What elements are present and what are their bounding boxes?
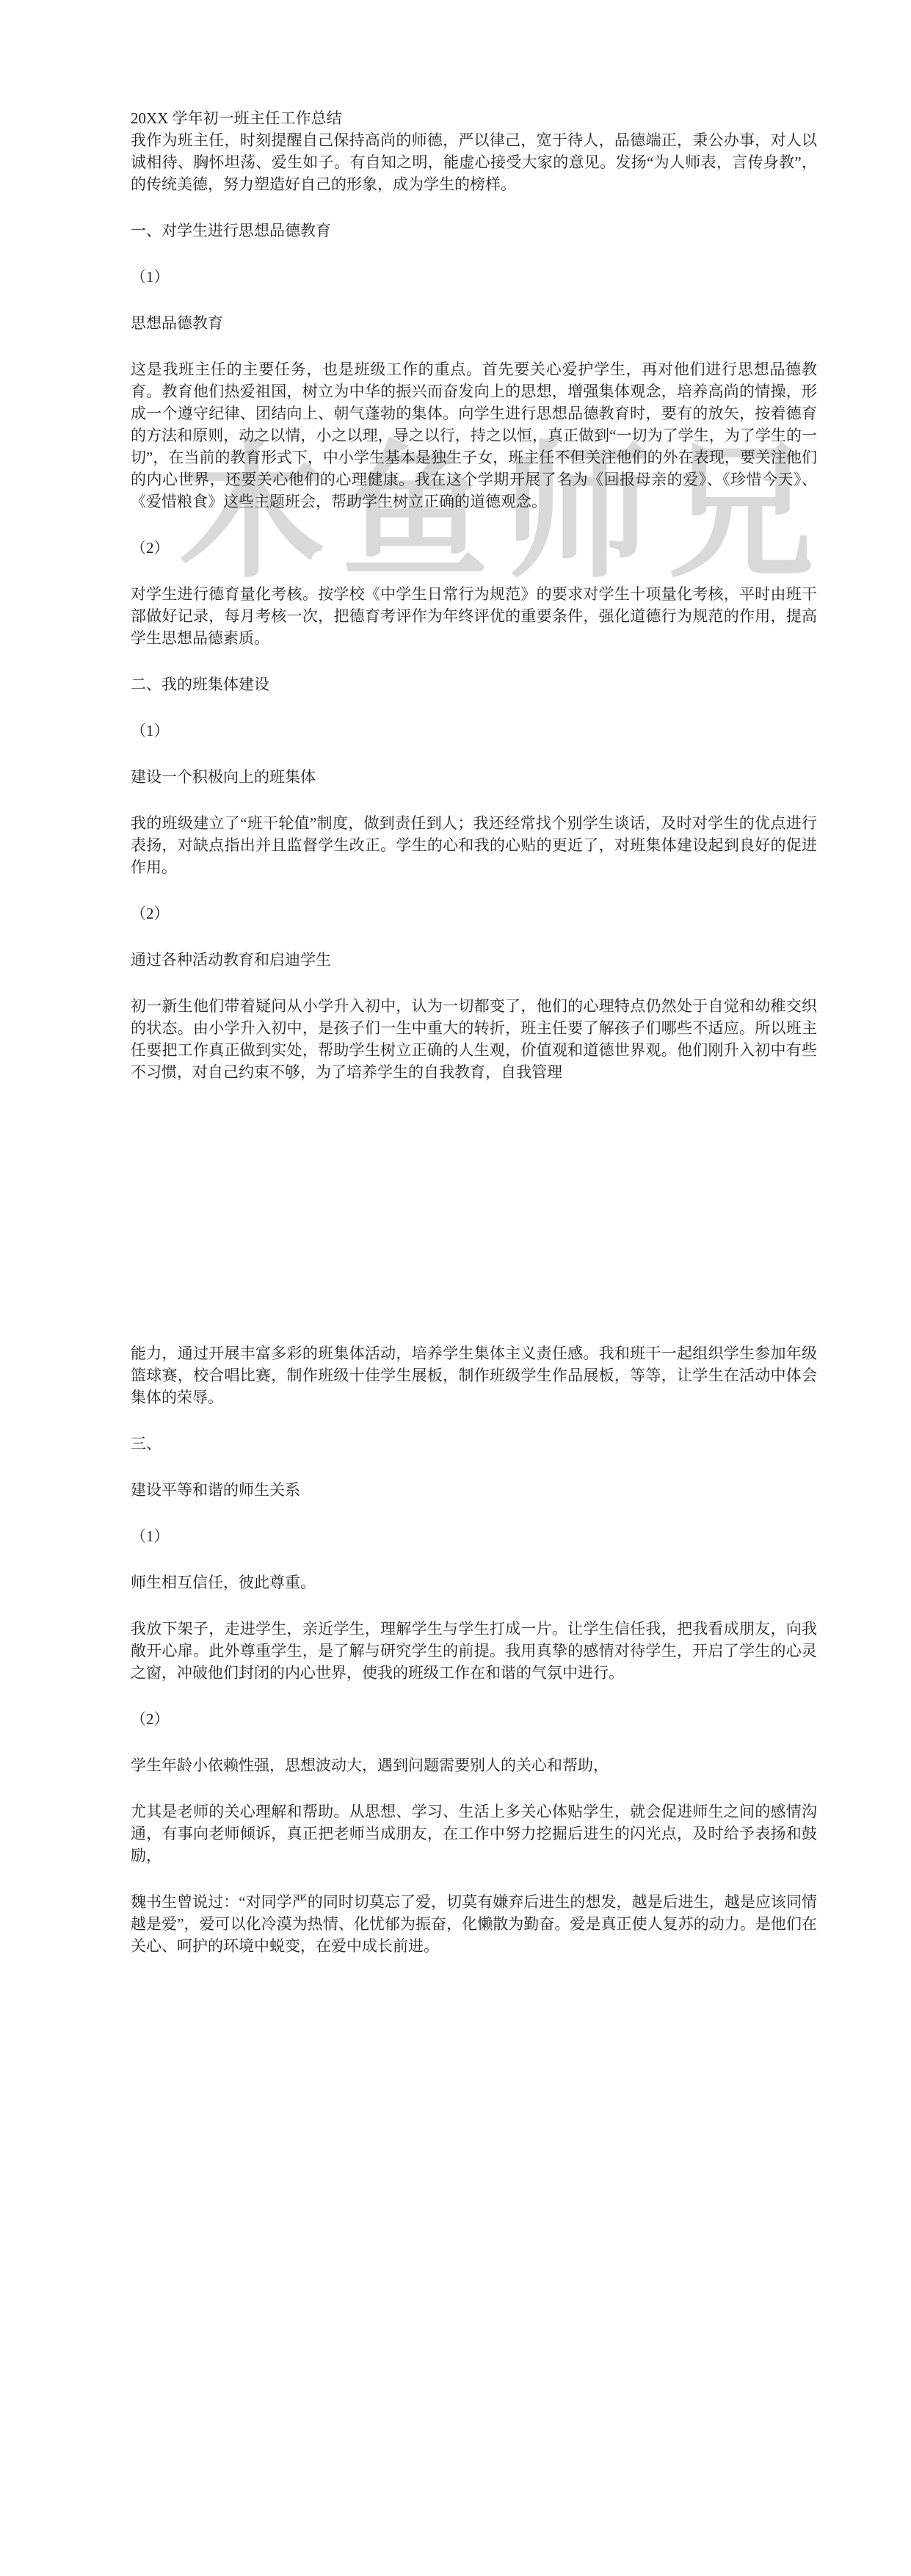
item-number: （2） <box>131 537 817 559</box>
paragraph: 我作为班主任，时刻提醒自己保持高尚的师德，严以律己，宽于待人，品德端正，秉公办事… <box>131 129 817 195</box>
document-content: 20XX 学年初一班主任工作总结 我作为班主任，时刻提醒自己保持高尚的师德，严以… <box>0 0 911 2011</box>
paragraph: 尤其是老师的关心理解和帮助。从思想、学习、生活上多关心体贴学生，就会促进师生之间… <box>131 1801 817 1867</box>
document-title: 20XX 学年初一班主任工作总结 <box>131 107 817 129</box>
sub-heading: 师生相互信任，彼此尊重。 <box>131 1571 817 1593</box>
item-number: （2） <box>131 902 817 925</box>
item-number: （1） <box>131 1525 817 1547</box>
section-heading: 二、我的班集体建设 <box>131 673 817 695</box>
paragraph: 对学生进行德育量化考核。按学校《中学生日常行为规范》的要求对学生十项量化考核，平… <box>131 583 817 649</box>
paragraph: 我的班级建立了“班干轮值”制度，做到责任到人；我还经常找个别学生谈话，及时对学生… <box>131 812 817 878</box>
page-break-gap <box>131 1107 817 1342</box>
section-heading: 一、对学生进行思想品德教育 <box>131 220 817 242</box>
sub-heading: 建设一个积极向上的班集体 <box>131 766 817 788</box>
paragraph: 这是我班主任的主要任务，也是班级工作的重点。首先要关心爱护学生，再对他们进行思想… <box>131 358 817 513</box>
sub-heading: 通过各种活动教育和启迪学生 <box>131 949 817 971</box>
item-number: （2） <box>131 1708 817 1730</box>
sub-heading: 建设平等和谐的师生关系 <box>131 1479 817 1501</box>
item-number: （1） <box>131 266 817 288</box>
paragraph: 魏书生曾说过：“对同学严的同时切莫忘了爱，切莫有嫌弃后进生的想发，越是后进生，越… <box>131 1891 817 1957</box>
sub-heading: 思想品德教育 <box>131 312 817 334</box>
document-page: 木鱼师兄 20XX 学年初一班主任工作总结 我作为班主任，时刻提醒自己保持高尚的… <box>0 0 911 2576</box>
document-body: 我作为班主任，时刻提醒自己保持高尚的师德，严以律己，宽于待人，品德端正，秉公办事… <box>131 129 817 1957</box>
paragraph: 我放下架子，走进学生，亲近学生，理解学生与学生打成一片。让学生信任我，把我看成朋… <box>131 1618 817 1684</box>
paragraph: 初一新生他们带着疑问从小学升入初中，认为一切都变了，他们的心理特点仍然处于自觉和… <box>131 995 817 1083</box>
paragraph: 能力，通过开展丰富多彩的班集体活动，培养学生集体主义责任感。我和班干一起组织学生… <box>131 1342 817 1408</box>
section-heading: 三、 <box>131 1433 817 1455</box>
paragraph: 学生年龄小依赖性强，思想波动大，遇到问题需要别人的关心和帮助， <box>131 1754 817 1776</box>
item-number: （1） <box>131 720 817 742</box>
